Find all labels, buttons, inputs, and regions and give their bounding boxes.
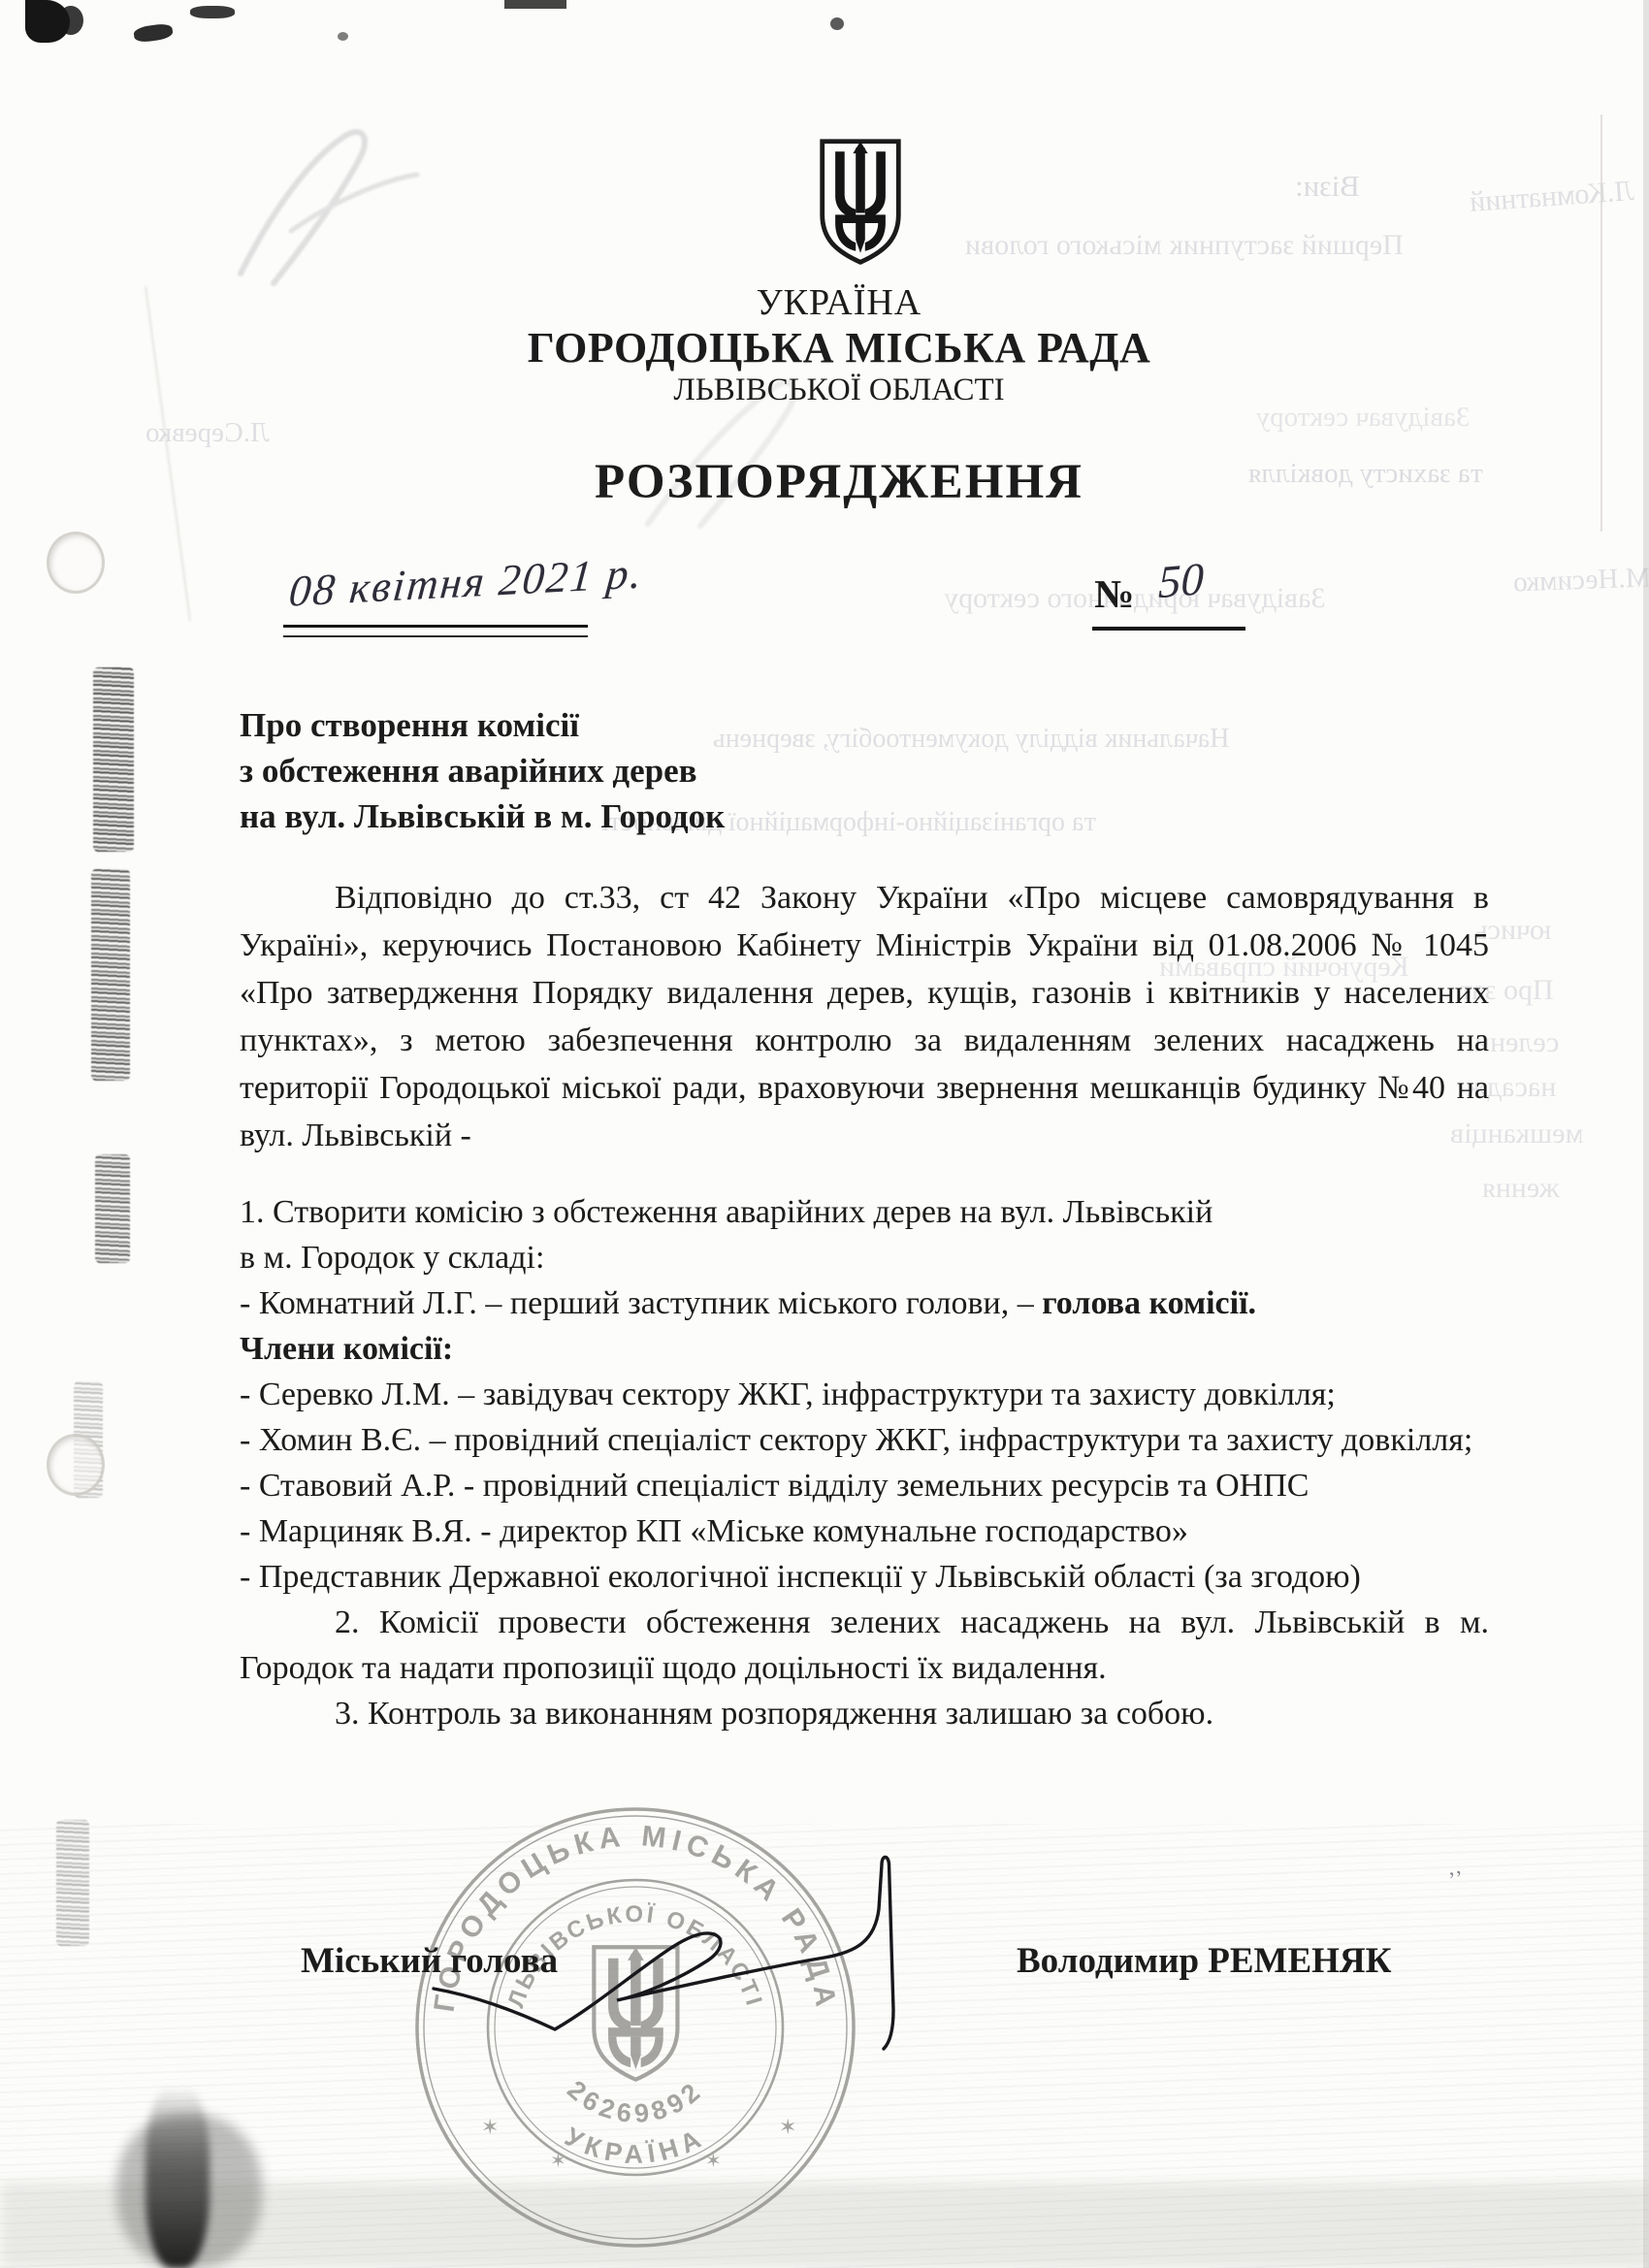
mayor-signature-ink (0, 0, 1649, 2268)
scanned-document-page: Візи: Перший заступник міського голови Л… (0, 0, 1649, 2268)
